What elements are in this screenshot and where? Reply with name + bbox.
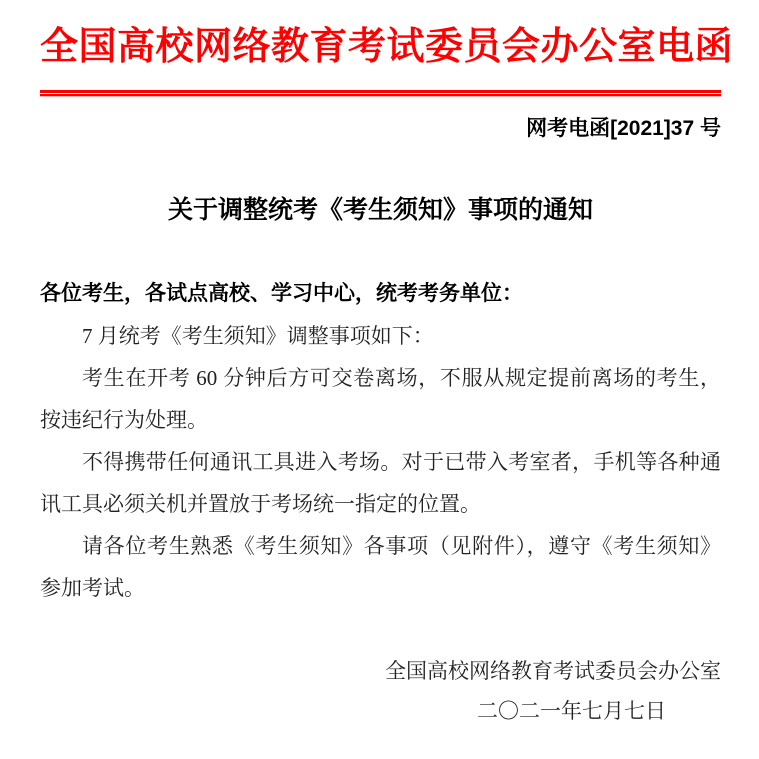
signature-block: 全国高校网络教育考试委员会办公室 二〇二一年七月七日 [40, 651, 721, 731]
salutation-line: 各位考生，各试点高校、学习中心，统考考务单位： [40, 273, 721, 315]
signature-date: 二〇二一年七月七日 [40, 691, 721, 731]
divider-shadow-line [40, 96, 721, 97]
letterhead-divider [40, 90, 721, 97]
official-letter-page: 全国高校网络教育考试委员会办公室电函 网考电函[2021]37 号 关于调整统考… [0, 0, 759, 759]
document-body: 各位考生，各试点高校、学习中心，统考考务单位： 7 月统考《考生须知》调整事项如… [40, 273, 721, 609]
signature-organization: 全国高校网络教育考试委员会办公室 [40, 651, 721, 691]
body-paragraph-1: 7 月统考《考生须知》调整事项如下： [40, 315, 721, 357]
letterhead-title: 全国高校网络教育考试委员会办公室电函 [40, 22, 721, 72]
body-paragraph-3: 不得携带任何通讯工具进入考场。对于已带入考室者，手机等各种通讯工具必须关机并置放… [40, 441, 721, 525]
body-paragraph-4: 请各位考生熟悉《考生须知》各事项（见附件），遵守《考生须知》参加考试。 [40, 525, 721, 609]
document-title: 关于调整统考《考生须知》事项的通知 [40, 195, 721, 225]
body-paragraph-2: 考生在开考 60 分钟后方可交卷离场，不服从规定提前离场的考生，按违纪行为处理。 [40, 357, 721, 441]
document-number: 网考电函[2021]37 号 [40, 118, 721, 140]
